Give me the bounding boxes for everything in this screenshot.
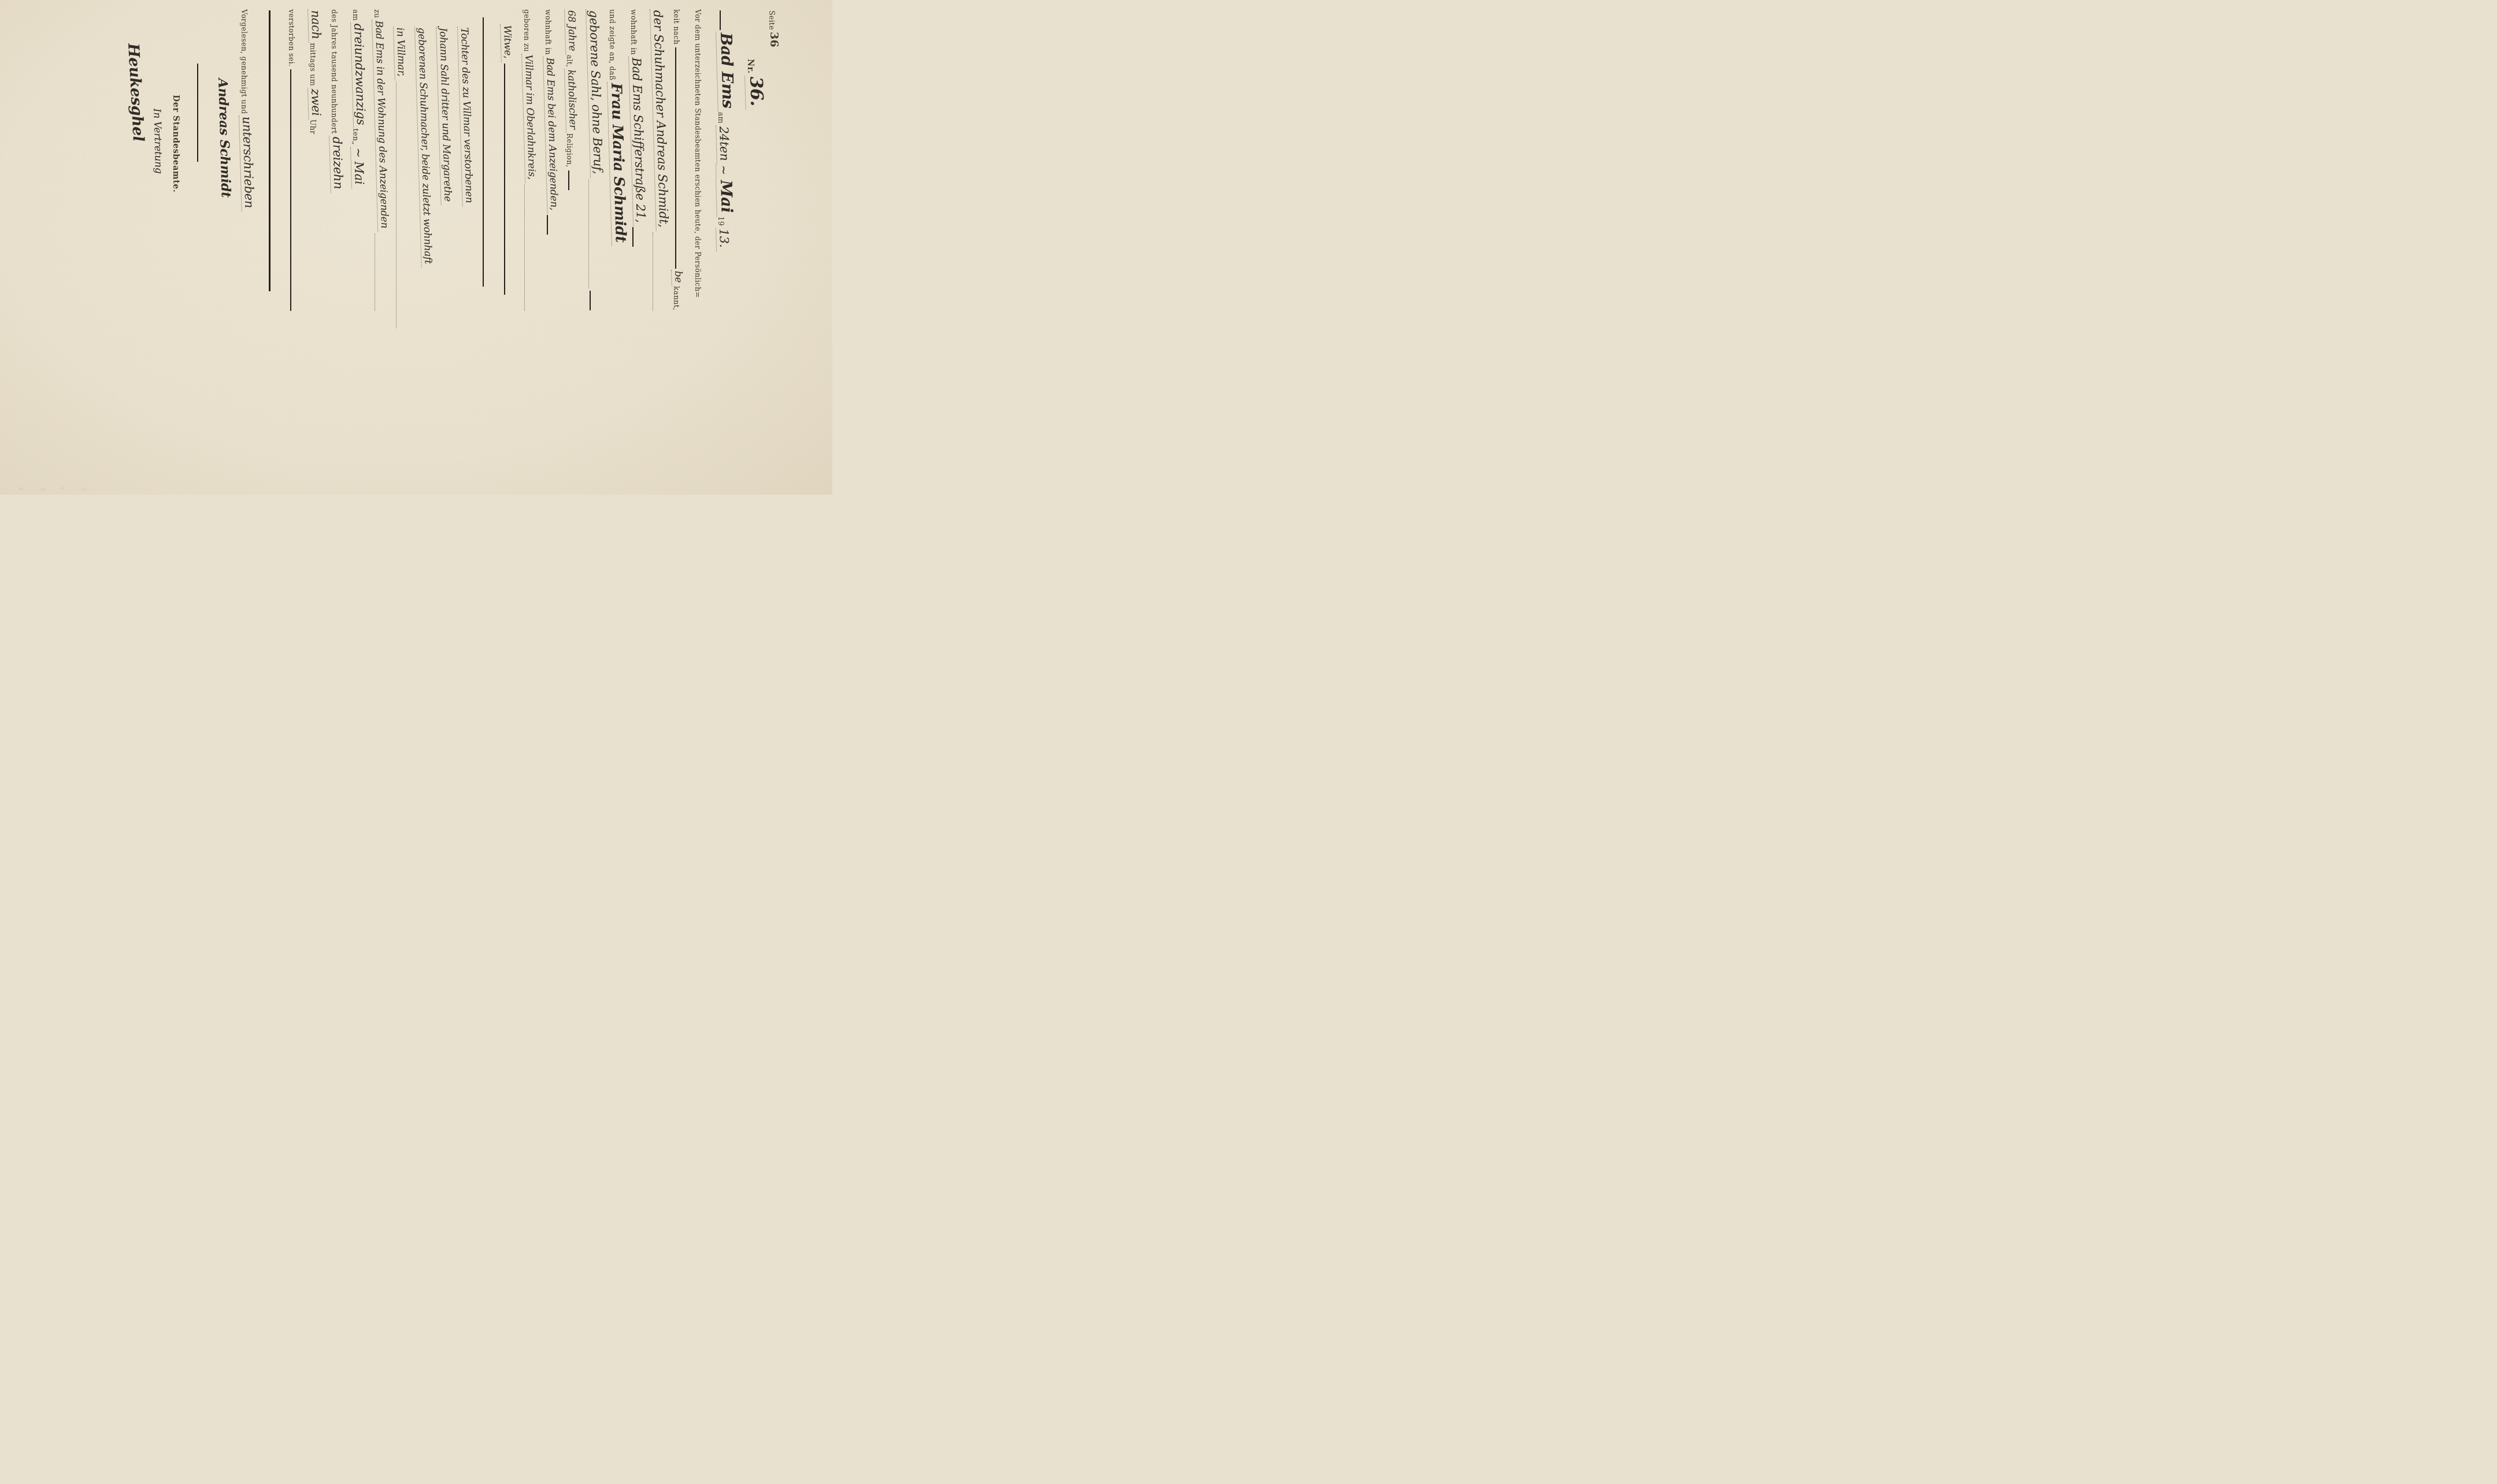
- handwritten-entry: Johann Sahl dritter und Margarethe: [436, 26, 454, 205]
- handwritten-entry: 36.: [744, 75, 767, 110]
- handwritten-entry: Mai: [716, 179, 736, 217]
- form-line-l-wohn2: wohnhaft inBad Ems bei dem Anzeigenden,: [543, 9, 564, 312]
- printed-form-text: Vor dem unterzeichneten Standesbeamten e…: [692, 9, 702, 299]
- form-line-l-fam4: in Villmar,: [393, 27, 414, 329]
- handwritten-entry: ~: [716, 164, 731, 179]
- form-line-nr: Nr.36.: [744, 59, 766, 198]
- handwritten-entry: katholischer: [564, 69, 579, 133]
- form-line-l-fam1: Tochter des zu Villmar verstorbenen: [457, 27, 479, 329]
- handwritten-entry: zwei: [308, 87, 324, 120]
- form-line-l-fam2: Johann Sahl dritter und Margarethe: [436, 27, 457, 329]
- handwritten-entry: nach: [308, 9, 324, 43]
- form-line-l-keit: keit nachbekannt,: [671, 9, 692, 312]
- form-line-l-vorg: Vorgelesen, genehmigt undunterschrieben: [239, 9, 260, 312]
- form-line-l-alt: 68 Jahrealt,katholischerReligion,: [564, 9, 586, 312]
- form-line-l-jahr: des Jahres tausend neunhundertdreizehn: [329, 9, 350, 312]
- faint-corner-smudge: [10, 486, 97, 492]
- form-line-l-strike2: [265, 9, 286, 292]
- handwritten-entry: dreiundzwanzigs: [350, 22, 368, 128]
- ink-strike-line: [720, 10, 721, 30]
- handwritten-entry: Villmar im Oberlahnkreis,: [521, 53, 538, 183]
- form-line-l-zu: zuBad Ems in der Wohnung des Anzeigenden: [372, 9, 393, 312]
- form-line-l-am: amdreiundzwanzigsten„~ Mai: [350, 9, 372, 312]
- form-line-l-iv: In Vertretung: [150, 107, 170, 410]
- printed-form-text: wohnhaft in: [543, 9, 553, 57]
- handwritten-entry: in Villmar,: [393, 26, 407, 80]
- ink-strike-line: [547, 215, 549, 235]
- handwritten-entry: 13.: [716, 227, 731, 251]
- printed-form-text: geboren zu: [521, 9, 531, 54]
- form-line-l-sig1: Andreas Schmidt: [214, 77, 239, 380]
- dotted-rule: [524, 184, 525, 311]
- form-line-l-wohn1: wohnhaft inBad Ems Schifferstraße 21,: [628, 9, 650, 312]
- form-line-l-strike1: [479, 16, 500, 288]
- printed-form-text: und zeigte an, daß: [607, 9, 617, 82]
- handwritten-entry: Bad Ems bei dem Anzeigenden,: [543, 56, 560, 214]
- handwritten-entry: Bad Ems Schifferstraße 21,: [628, 56, 648, 226]
- printed-form-text: verstorben sei.: [286, 9, 296, 68]
- form-line-l-dass: und zeigte an, daßFrau Maria Schmidt: [607, 9, 628, 312]
- form-line-l-strike3: [193, 62, 214, 236]
- ink-strike-line: [197, 64, 199, 162]
- printed-form-text: ten„: [350, 129, 360, 147]
- handwritten-entry: 68 Jahre: [564, 9, 578, 54]
- handwritten-entry: geborene Sahl, ohne Beruf,: [586, 9, 605, 177]
- printed-form-text: keit nach: [671, 9, 681, 46]
- ink-strike-line: [675, 47, 677, 268]
- form-line-seite: Seite36: [766, 10, 779, 126]
- form-line-l-mitt: nachmittags umzweiUhr: [308, 9, 329, 312]
- handwritten-entry: Bad Ems in der Wohnung des Anzeigenden: [372, 20, 390, 232]
- form-line-l-geb: geborene Sahl, ohne Beruf,: [586, 9, 607, 312]
- form-line-l-verst: verstorben sei.: [286, 9, 308, 312]
- handwritten-entry: der Schuhmacher Andreas Schmidt,: [650, 9, 671, 231]
- handwritten-entry: 24ten: [716, 125, 732, 164]
- photograph-of-register-page: Seite36Nr.36.Bad Emsam24ten~Mai1913.Vor …: [0, 0, 832, 495]
- handwritten-entry: dreizehn: [329, 135, 346, 192]
- handwritten-entry: Heukesghel: [124, 42, 147, 145]
- ink-strike-line: [290, 69, 292, 311]
- printed-form-text: kannt,: [671, 286, 681, 312]
- dotted-rule: [375, 233, 376, 311]
- form-line-date: Bad Emsam24ten~Mai1913.: [716, 9, 744, 298]
- handwritten-entry: Frau Maria Schmidt: [607, 81, 629, 246]
- handwritten-entry: Andreas Schmidt: [214, 77, 234, 201]
- form-line-l-stb: Der Standesbeamte.: [170, 95, 193, 398]
- printed-form-text: Der Standesbeamte.: [170, 95, 180, 194]
- handwritten-entry: geborenen Schuhmacher, beide zuletzt woh…: [414, 26, 434, 267]
- handwritten-entry: be: [671, 269, 684, 286]
- dotted-rule: [588, 179, 590, 288]
- handwritten-entry: Bad Ems: [716, 31, 737, 112]
- form-line-l-witwe: Witwe,: [500, 24, 521, 296]
- handwritten-entry: unterschrieben: [239, 116, 257, 212]
- printed-form-text: Uhr: [308, 120, 317, 136]
- ink-strike-line: [632, 227, 634, 247]
- printed-form-text: zu: [372, 9, 381, 20]
- printed-form-text: 19: [716, 216, 725, 228]
- form-line-l-gebzu: geboren zuVillmar im Oberlahnkreis,: [521, 9, 543, 312]
- ink-strike-line: [504, 64, 506, 295]
- handwritten-entry: Witwe,: [500, 24, 514, 62]
- printed-form-text: Seite: [766, 10, 776, 32]
- printed-form-text: mittags um: [308, 43, 317, 88]
- form-lines: Seite36Nr.36.Bad Emsam24ten~Mai1913.Vor …: [124, 9, 779, 495]
- death-record-form-rotated: Seite36Nr.36.Bad Emsam24ten~Mai1913.Vor …: [0, 0, 832, 495]
- form-line-l-anz: der Schuhmacher Andreas Schmidt,: [650, 9, 671, 312]
- form-line-l-fam3: geborenen Schuhmacher, beide zuletzt woh…: [414, 27, 436, 329]
- handwritten-entry: ~ Mai: [350, 146, 366, 188]
- printed-form-text: am: [350, 9, 360, 23]
- ink-strike-line: [483, 17, 484, 287]
- ink-strike-line: [590, 291, 591, 310]
- printed-form-text: 36: [766, 32, 780, 49]
- handwritten-entry: Tochter des zu Villmar verstorbenen: [457, 26, 475, 206]
- printed-form-text: Vorgelesen, genehmigt und: [239, 9, 249, 116]
- form-line-l-vor: Vor dem unterzeichneten Standesbeamten e…: [692, 9, 716, 312]
- printed-form-text: des Jahres tausend neunhundert: [329, 9, 339, 136]
- printed-form-text: alt,: [564, 55, 574, 69]
- dotted-rule: [396, 81, 397, 328]
- printed-form-text: Nr.: [744, 59, 755, 76]
- dotted-rule: [653, 232, 654, 311]
- printed-form-text: wohnhaft in: [628, 9, 638, 57]
- form-line-l-sig2: Heukesghel: [124, 43, 150, 346]
- handwritten-entry: In Vertretung: [150, 107, 164, 177]
- printed-form-text: am: [716, 112, 725, 125]
- ink-strike-line: [568, 170, 570, 190]
- ink-strike-line: [269, 10, 271, 291]
- printed-form-text: Religion,: [564, 133, 574, 169]
